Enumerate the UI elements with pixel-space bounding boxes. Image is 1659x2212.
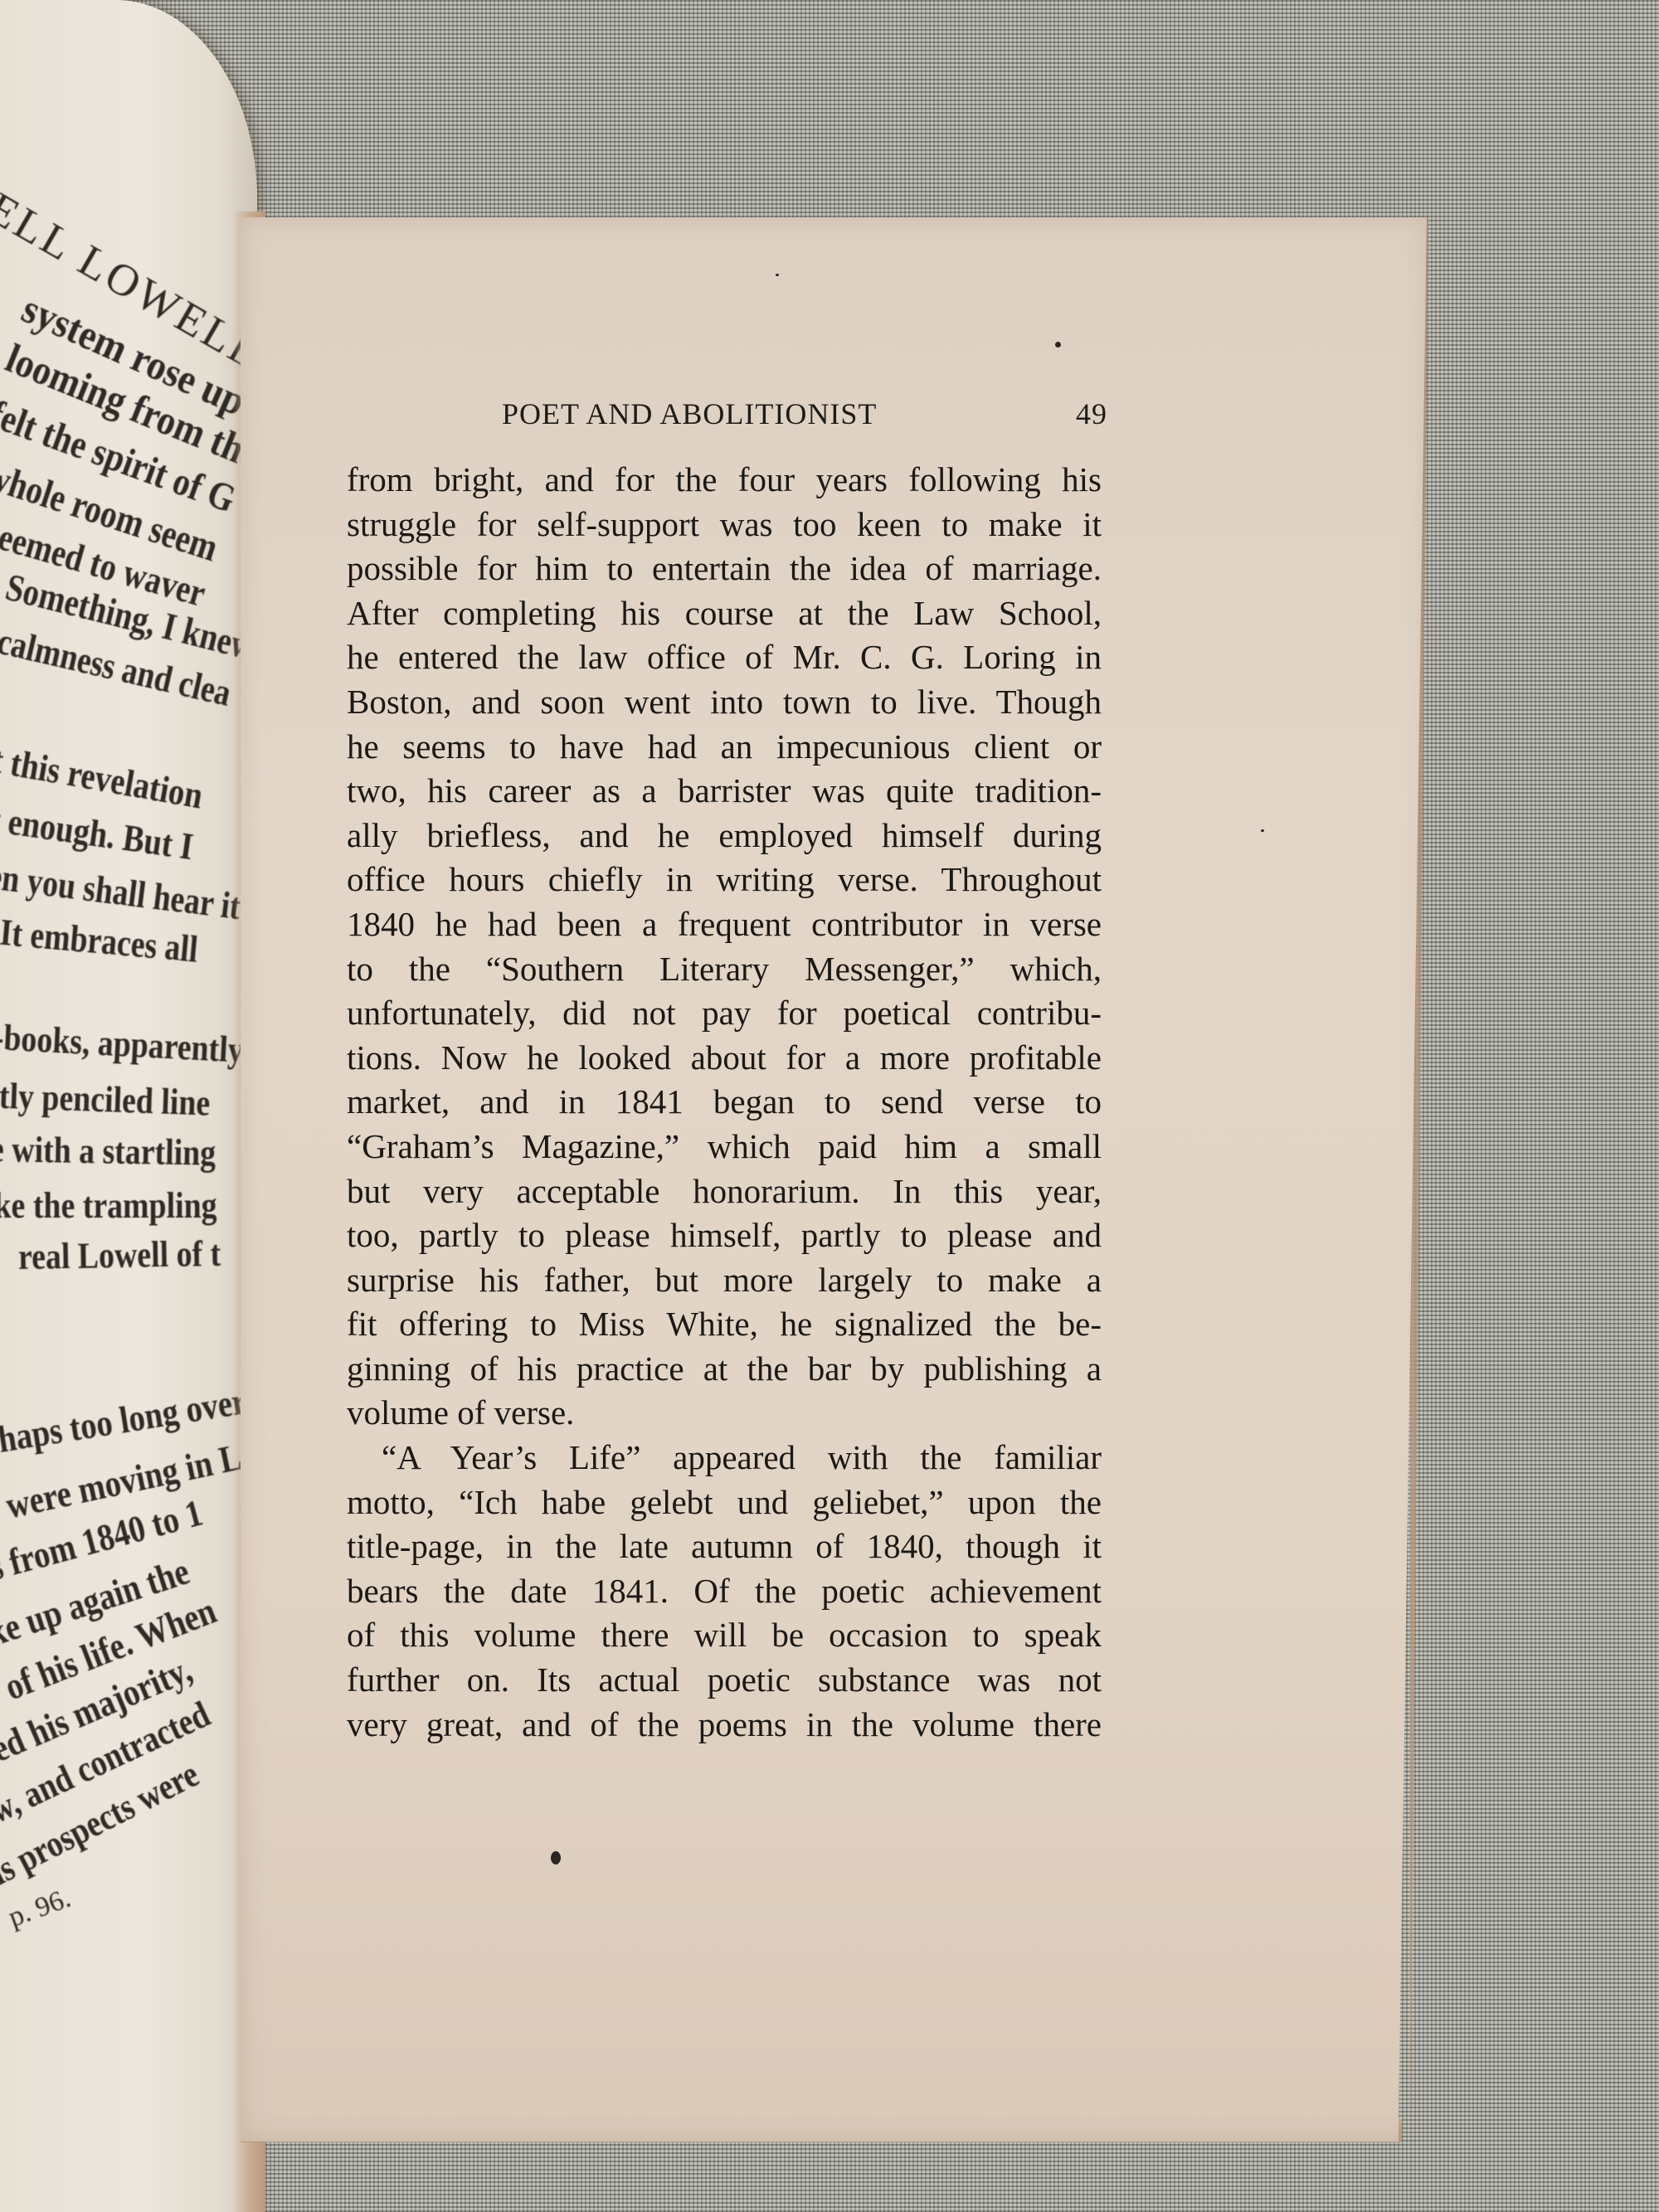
- left-text-line: -books, apparently: [0, 1016, 245, 1072]
- text-line: After completing his course at the Law S…: [347, 591, 1102, 636]
- text-line: too, partly to please himself, partly to…: [347, 1213, 1102, 1258]
- text-line: very great, and of the poems in the volu…: [347, 1703, 1102, 1748]
- left-page: ELL LOWELL system rose up looming from t…: [0, 0, 257, 2212]
- body-text: from bright, and for the four years foll…: [347, 458, 1102, 1747]
- left-text-line: e with a startling: [0, 1128, 216, 1174]
- page-number: 49: [1076, 396, 1107, 431]
- paragraph-start-line: “A Year’s Life” appeared with the famili…: [347, 1436, 1102, 1480]
- text-line: 1840 he had been a frequent contributor …: [347, 902, 1102, 947]
- text-line: office hours chiefly in writing verse. T…: [347, 858, 1102, 902]
- text-line: Boston, and soon went into town to live.…: [347, 680, 1102, 725]
- text-line: two, his career as a barrister was quite…: [347, 769, 1102, 814]
- text-line: motto, “Ich habe gelebt und geliebet,” u…: [347, 1480, 1102, 1525]
- left-text-line: ike the trampling: [0, 1184, 217, 1227]
- text-line: from bright, and for the four years foll…: [347, 458, 1102, 503]
- paper-speck: [776, 274, 779, 276]
- paper-speck: [1055, 342, 1061, 348]
- text-line: market, and in 1841 began to send verse …: [347, 1080, 1102, 1125]
- text-line: struggle for self-support was too keen t…: [347, 503, 1102, 547]
- text-line: bears the date 1841. Of the poetic achie…: [347, 1569, 1102, 1614]
- text-line: title-page, in the late autumn of 1840, …: [347, 1524, 1102, 1569]
- text-line: “Graham’s Magazine,” which paid him a sm…: [347, 1125, 1102, 1169]
- text-line: he seems to have had an impecunious clie…: [347, 725, 1102, 770]
- text-line: tions. Now he looked about for a more pr…: [347, 1036, 1102, 1081]
- text-line: fit offering to Miss White, he signalize…: [347, 1302, 1102, 1347]
- text-line: possible for him to entertain the idea o…: [347, 547, 1102, 591]
- text-line: of this volume there will be occasion to…: [347, 1613, 1102, 1658]
- text-line: volume of verse.: [347, 1391, 1102, 1436]
- paper-speck: [1261, 829, 1264, 832]
- text-line: unfortunately, did not pay for poetical …: [347, 991, 1102, 1036]
- left-footnote: p. 96.: [5, 1883, 75, 1934]
- text-line: but very acceptable honorarium. In this …: [347, 1169, 1102, 1214]
- running-head-title: POET AND ABOLITIONIST: [502, 396, 877, 431]
- text-line: further on. Its actual poetic substance …: [347, 1658, 1102, 1703]
- text-line: to the “Southern Literary Messenger,” wh…: [347, 947, 1102, 992]
- text-line: ginning of his practice at the bar by pu…: [347, 1347, 1102, 1392]
- paper-speck: [551, 1851, 561, 1864]
- text-line: he entered the law office of Mr. C. G. L…: [347, 635, 1102, 680]
- text-line: surprise his father, but more largely to…: [347, 1258, 1102, 1303]
- left-text-line: ntly penciled line: [0, 1074, 211, 1125]
- running-head: POET AND ABOLITIONIST 49: [502, 396, 1107, 443]
- left-text-line: real Lowell of t: [18, 1232, 221, 1278]
- text-line: ally briefless, and he employed himself …: [347, 814, 1102, 858]
